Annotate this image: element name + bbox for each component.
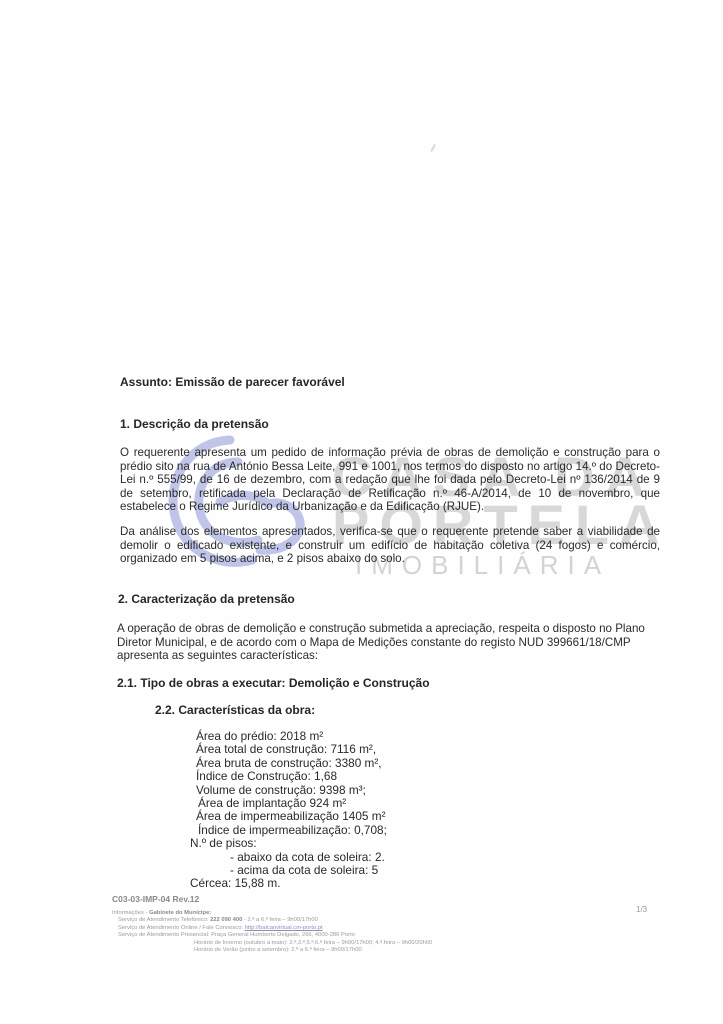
- characteristic-item: - abaixo da cota de soleira: 2.: [196, 851, 387, 864]
- characteristic-item: Área total de construção: 7116 m²,: [196, 743, 387, 756]
- section-1-paragraph-2: Da análise dos elementos apresentados, v…: [120, 525, 660, 566]
- characteristic-item: Área do prédio: 2018 m²: [196, 730, 387, 743]
- section-1-paragraph-1: O requerente apresenta um pedido de info…: [120, 446, 660, 514]
- section-2-heading: 2. Caracterização da pretensão: [118, 593, 295, 607]
- footer-contact-info: Informações - Gabinete do Munícipe: Serv…: [112, 910, 432, 954]
- characteristic-item: Índice de Construção: 1,68: [196, 770, 387, 783]
- characteristic-item: - acima da cota de soleira: 5: [196, 864, 387, 877]
- page-number: 1/3: [636, 905, 647, 914]
- section-2-paragraph: A operação de obras de demolição e const…: [117, 622, 657, 663]
- footer-presencial-line: Serviço de Atendimento Presencial: Praça…: [112, 932, 432, 939]
- characteristics-list: Área do prédio: 2018 m² Área total de co…: [196, 730, 387, 891]
- subsection-2-2-heading: 2.2. Características da obra:: [155, 704, 315, 718]
- characteristic-item: Área de impermeabilização 1405 m²: [196, 810, 387, 823]
- characteristic-item: Volume de construção: 9398 m³;: [196, 784, 387, 797]
- characteristic-item: Cércea: 15,88 m.: [190, 877, 387, 890]
- characteristic-item: Índice de impermeabilização: 0,708;: [196, 824, 387, 837]
- balcao-virtual-link[interactable]: http://balcaovirtual.cm-porto.pt: [245, 925, 323, 931]
- characteristic-item: Área de implantação 924 m²: [196, 797, 387, 810]
- footer-winter-hours: Horário de Inverno (outubro a maio): 2.ª…: [112, 940, 432, 947]
- footer-summer-hours: Horário de Verão (junho a setembro): 2.ª…: [112, 947, 432, 954]
- footer-phone-line: Serviço de Atendimento Telefónico: 222 0…: [112, 917, 432, 924]
- subject-line: Assunto: Emissão de parecer favorável: [120, 376, 345, 390]
- footer-online-line: Serviço de Atendimento Online / Fale Con…: [112, 925, 432, 932]
- characteristic-item: Área bruta de construção: 3380 m²,: [196, 757, 387, 770]
- characteristic-item: N.º de pisos:: [190, 837, 387, 850]
- scanned-page: CASA DA PORTELA IMOBILIÁRIA Assunto: Emi…: [0, 0, 723, 1024]
- form-reference: C03-03-IMP-04 Rev.12: [112, 894, 199, 904]
- scan-mark: [430, 144, 436, 152]
- section-1-heading: 1. Descrição da pretensão: [120, 418, 269, 432]
- subsection-2-1-heading: 2.1. Tipo de obras a executar: Demolição…: [117, 677, 430, 691]
